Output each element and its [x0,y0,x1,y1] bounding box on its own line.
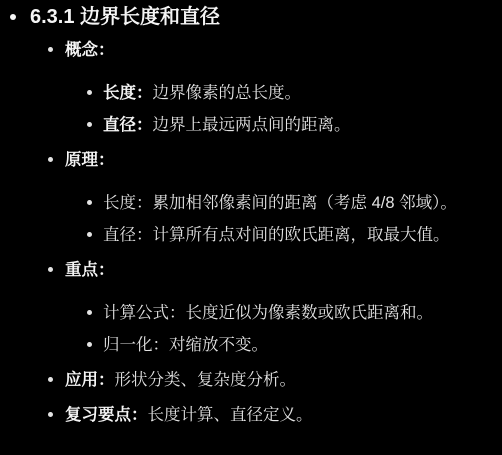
section-title-text: 6.3.1 边界长度和直径 [30,6,220,28]
concept-sublist: 长度：边界像素的总长度。 直径：边界上最远两点间的距离。 [65,82,502,136]
list-item-text: 应用：形状分类、复杂度分析。 [65,369,502,391]
keypoints-sublist: 计算公式：长度近似为像素数或欧氏距离和。 归一化：对缩放不变。 [65,302,502,356]
topics-list: 概念： 长度：边界像素的总长度。 直径：边界上最远两点间的距离。 [30,39,502,426]
list-item-text: 长度：边界像素的总长度。 [103,82,502,104]
term-definition: 边界像素的总长度。 [153,84,302,102]
topic-concept: 概念： 长度：边界像素的总长度。 直径：边界上最远两点间的距离。 [65,39,502,136]
topic-label: 应用： [65,371,115,389]
bullet-icon [87,200,92,205]
term-label: 长度： [103,194,153,212]
term-label: 长度： [103,84,153,102]
topic-review: 复习要点：长度计算、直径定义。 [65,404,502,426]
term-label: 直径： [103,116,153,134]
bullet-icon [48,47,53,52]
list-item-text: 计算公式：长度近似为像素数或欧氏距离和。 [103,302,502,324]
term-definition: 长度计算、直径定义。 [148,406,313,424]
term-definition: 形状分类、复杂度分析。 [115,371,297,389]
term-definition: 累加相邻像素间的距离（考虑 4/8 邻域）。 [153,194,457,212]
section-title-item: 6.3.1 边界长度和直径 概念： 长度：边界像素的总长度。 直径：边界上最远两… [30,4,502,426]
bullet-icon [10,14,16,20]
list-item-text: 归一化：对缩放不变。 [103,334,502,356]
section-title: 6.3.1 边界长度和直径 [30,4,502,30]
outline-list: 6.3.1 边界长度和直径 概念： 长度：边界像素的总长度。 直径：边界上最远两… [0,4,502,426]
term-definition: 计算所有点对间的欧氏距离，取最大值。 [153,226,450,244]
list-item-text: 直径：计算所有点对间的欧氏距离，取最大值。 [103,224,502,246]
list-item: 直径：边界上最远两点间的距离。 [103,114,502,136]
topic-keypoints: 重点： 计算公式：长度近似为像素数或欧氏距离和。 归一化：对缩放不变。 [65,259,502,356]
bullet-icon [87,342,92,347]
list-item: 归一化：对缩放不变。 [103,334,502,356]
term-definition: 边界上最远两点间的距离。 [153,116,351,134]
list-item: 长度：累加相邻像素间的距离（考虑 4/8 邻域）。 [103,192,502,214]
topic-label-line: 原理： [65,149,502,171]
bullet-icon [87,232,92,237]
topic-label: 原理： [65,151,115,169]
list-item-text: 复习要点：长度计算、直径定义。 [65,404,502,426]
principle-sublist: 长度：累加相邻像素间的距离（考虑 4/8 邻域）。 直径：计算所有点对间的欧氏距… [65,192,502,246]
topic-label-line: 重点： [65,259,502,281]
term-label: 归一化： [103,336,169,354]
list-item: 计算公式：长度近似为像素数或欧氏距离和。 [103,302,502,324]
bullet-icon [87,122,92,127]
bullet-icon [48,377,53,382]
bullet-icon [48,267,53,272]
topic-label-line: 概念： [65,39,502,61]
notes-document: 6.3.1 边界长度和直径 概念： 长度：边界像素的总长度。 直径：边界上最远两… [0,0,502,426]
term-label: 计算公式： [103,304,186,322]
term-definition: 对缩放不变。 [169,336,268,354]
bullet-icon [48,157,53,162]
list-item-text: 长度：累加相邻像素间的距离（考虑 4/8 邻域）。 [103,192,502,214]
topic-label: 概念： [65,41,115,59]
topic-label: 重点： [65,261,115,279]
list-item: 长度：边界像素的总长度。 [103,82,502,104]
topic-principle: 原理： 长度：累加相邻像素间的距离（考虑 4/8 邻域）。 直径：计算所有点对间… [65,149,502,246]
list-item: 直径：计算所有点对间的欧氏距离，取最大值。 [103,224,502,246]
term-label: 直径： [103,226,153,244]
list-item-text: 直径：边界上最远两点间的距离。 [103,114,502,136]
bullet-icon [87,90,92,95]
topic-label: 复习要点： [65,406,148,424]
term-definition: 长度近似为像素数或欧氏距离和。 [186,304,434,322]
bullet-icon [87,310,92,315]
topic-application: 应用：形状分类、复杂度分析。 [65,369,502,391]
bullet-icon [48,412,53,417]
